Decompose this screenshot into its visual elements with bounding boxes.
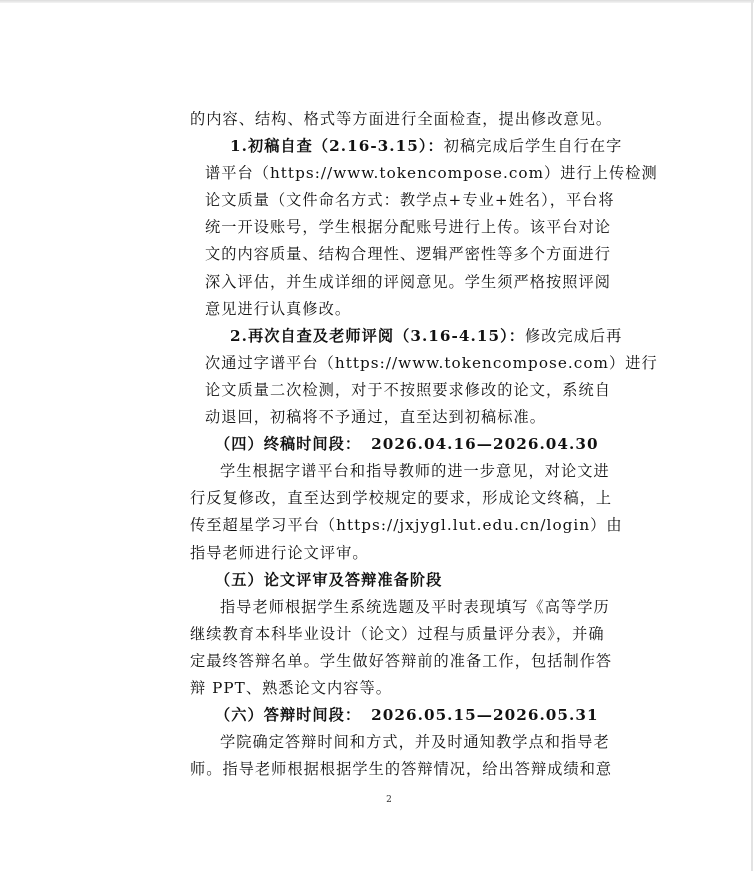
section-6-heading: （六）答辩时间段：: [215, 706, 361, 724]
line-text: 学生根据字谱平台和指导教师的进一步意见，对论文进: [220, 462, 610, 480]
line-text: 修改完成后再: [525, 327, 622, 345]
paragraph-line: 论文质量（文件命名方式：教学点+专业+姓名），平台将: [190, 187, 574, 214]
page-number: 2: [384, 795, 394, 805]
section-5-heading: （五）论文评审及答辩准备阶段: [215, 571, 442, 589]
paragraph-line: 辩 PPT、熟悉论文内容等。: [190, 675, 574, 702]
paragraph-line: 的内容、结构、格式等方面进行全面检查，提出修改意见。: [190, 106, 574, 133]
line-text: 学院确定答辩时间和方式，并及时通知教学点和指导老: [220, 733, 610, 751]
paragraph-line: 深入评估，并生成详细的评阅意见。学生须严格按照评阅: [190, 269, 574, 296]
paragraph-line: 指导老师根据学生系统选题及平时表现填写《高等学历: [190, 594, 574, 621]
item-2-heading: 2.再次自查及老师评阅（3.16-4.15）：: [230, 327, 525, 345]
line-text: 论文质量二次检测，对于不按照要求修改的论文，系统自: [205, 381, 611, 399]
line-text-with-url: 次通过字谱平台（https://www.tokencompose.com）进行: [205, 354, 658, 372]
line-text: 文的内容质量、结构合理性、逻辑严密性等多个方面进行: [205, 245, 611, 263]
line-text: 初稿完成后学生自行在字: [444, 137, 623, 155]
line-text: 统一开设账号，学生根据分配账号进行上传。该平台对论: [205, 218, 611, 236]
line-text: 的内容、结构、格式等方面进行全面检查，提出修改意见。: [190, 110, 612, 128]
line-text: 定最终答辩名单。学生做好答辩前的准备工作，包括制作答: [190, 652, 612, 670]
line-text: 行反复修改，直至达到学校规定的要求，形成论文终稿，上: [190, 489, 612, 507]
paragraph-line: 行反复修改，直至达到学校规定的要求，形成论文终稿，上: [190, 485, 574, 512]
line-text-with-url: 谱平台（https://www.tokencompose.com）进行上传检测: [205, 164, 658, 182]
paragraph-line: 论文质量二次检测，对于不按照要求修改的论文，系统自: [190, 377, 574, 404]
item-2-heading-line: 2.再次自查及老师评阅（3.16-4.15）：修改完成后再: [190, 323, 574, 350]
line-text: 师。指导老师根据根据学生的答辩情况，给出答辩成绩和意: [190, 760, 612, 778]
section-4-heading: （四）终稿时间段：: [215, 435, 361, 453]
paragraph-line: 指导老师进行论文评审。: [190, 540, 574, 567]
page-right-edge: [751, 0, 753, 871]
line-text: 辩 PPT、熟悉论文内容等。: [190, 679, 392, 697]
line-text: 意见进行认真修改。: [205, 300, 351, 318]
line-text: 论文质量（文件命名方式：教学点+专业+姓名），平台将: [205, 191, 615, 209]
paragraph-line: 传至超星学习平台（https://jxjygl.lut.edu.cn/login…: [190, 512, 574, 539]
section-4-date-range: 2026.04.16—2026.04.30: [371, 435, 598, 453]
paragraph-line: 谱平台（https://www.tokencompose.com）进行上传检测: [190, 160, 574, 187]
paragraph-line: 次通过字谱平台（https://www.tokencompose.com）进行: [190, 350, 574, 377]
line-text: 指导老师进行论文评审。: [190, 544, 369, 562]
paragraph-line: 定最终答辩名单。学生做好答辩前的准备工作，包括制作答: [190, 648, 574, 675]
page-top-edge: [0, 0, 754, 3]
line-text-with-url: 传至超星学习平台（https://jxjygl.lut.edu.cn/login…: [190, 516, 623, 534]
section-4-heading-line: （四）终稿时间段：2026.04.16—2026.04.30: [190, 431, 574, 458]
paragraph-line: 师。指导老师根据根据学生的答辩情况，给出答辩成绩和意: [190, 756, 574, 783]
paragraph-line: 文的内容质量、结构合理性、逻辑严密性等多个方面进行: [190, 241, 574, 268]
paragraph-line: 学生根据字谱平台和指导教师的进一步意见，对论文进: [190, 458, 574, 485]
paragraph-line: 继续教育本科毕业设计（论文）过程与质量评分表》，并确: [190, 621, 574, 648]
line-text: 指导老师根据学生系统选题及平时表现填写《高等学历: [220, 598, 610, 616]
item-1-heading-line: 1.初稿自查（2.16-3.15）：初稿完成后学生自行在字: [190, 133, 574, 160]
section-6-date-range: 2026.05.15—2026.05.31: [371, 706, 598, 724]
section-6-heading-line: （六）答辩时间段：2026.05.15—2026.05.31: [190, 702, 574, 729]
paragraph-line: 统一开设账号，学生根据分配账号进行上传。该平台对论: [190, 214, 574, 241]
line-text: 动退回，初稿将不予通过，直至达到初稿标准。: [205, 408, 546, 426]
line-text: 继续教育本科毕业设计（论文）过程与质量评分表》，并确: [190, 625, 605, 643]
paragraph-line: 动退回，初稿将不予通过，直至达到初稿标准。: [190, 404, 574, 431]
paragraph-line: 学院确定答辩时间和方式，并及时通知教学点和指导老: [190, 729, 574, 756]
paragraph-line: 意见进行认真修改。: [190, 296, 574, 323]
line-text: 深入评估，并生成详细的评阅意见。学生须严格按照评阅: [205, 273, 611, 291]
section-5-heading-line: （五）论文评审及答辩准备阶段: [190, 567, 574, 594]
document-page-body: 的内容、结构、格式等方面进行全面检查，提出修改意见。 1.初稿自查（2.16-3…: [190, 106, 574, 783]
item-1-heading: 1.初稿自查（2.16-3.15）：: [230, 137, 444, 155]
